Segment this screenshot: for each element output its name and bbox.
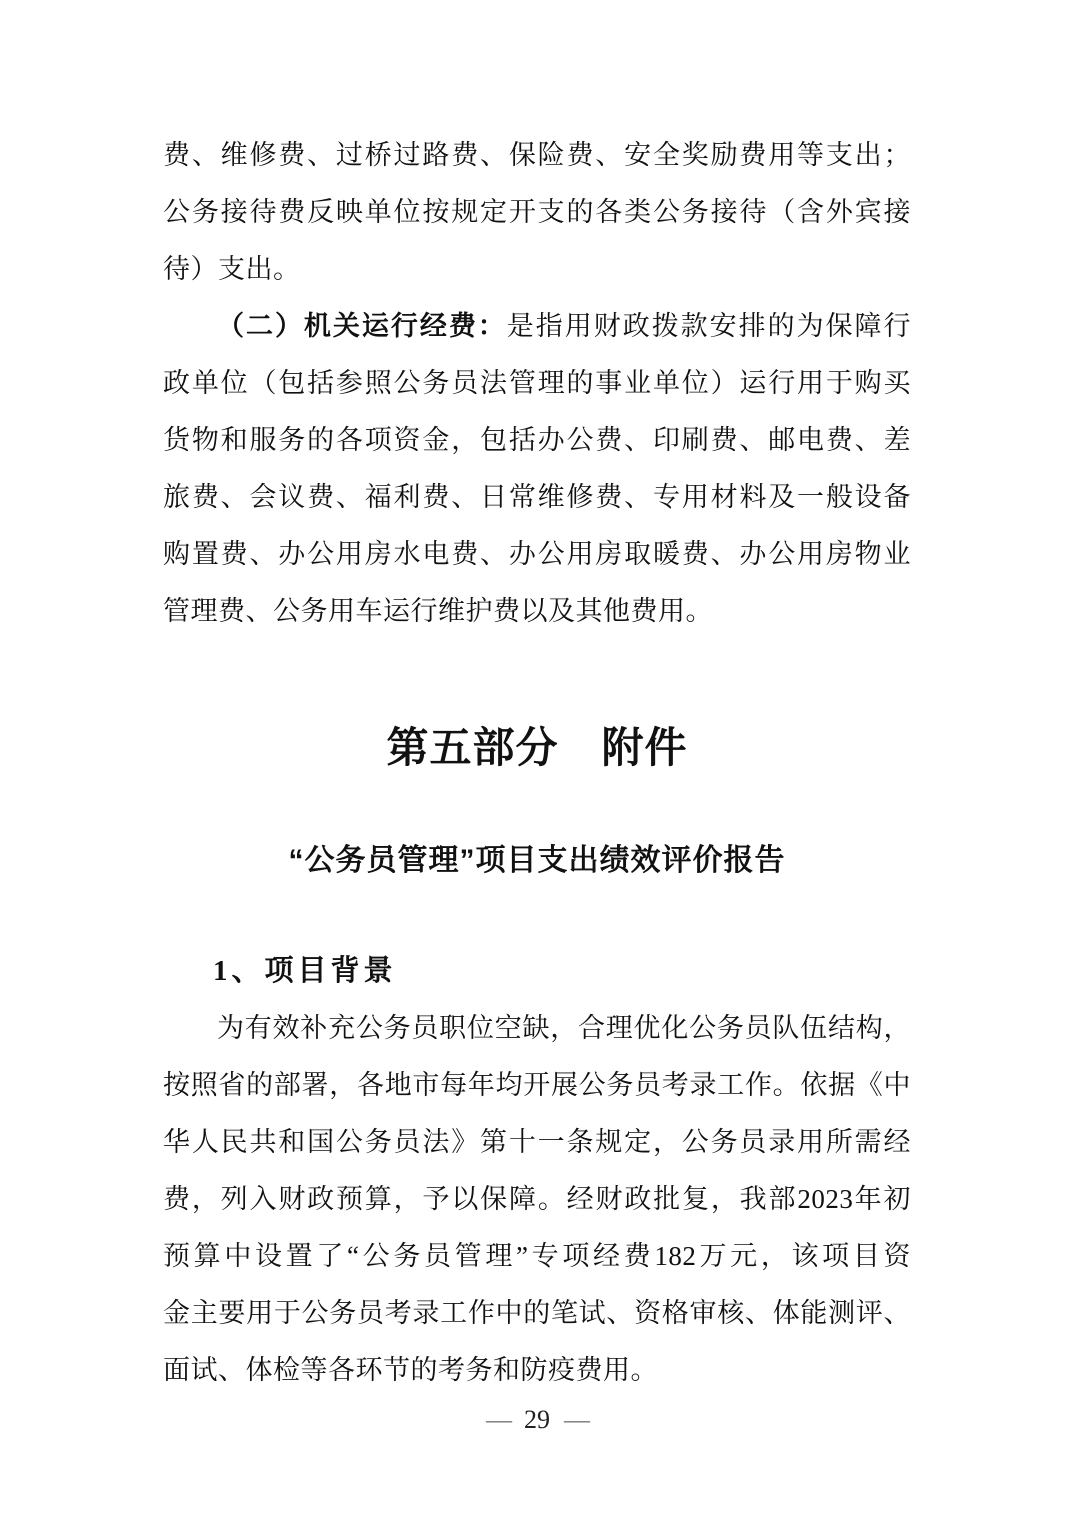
document-content: 费、维修费、过桥过路费、保险费、安全奖励费用等支出； 公务接待费反映单位按规定开…	[163, 127, 911, 1399]
term-definition: 是指用财政拨款安排的为保障行	[507, 311, 911, 341]
text-line: 政单位（包括参照公务员法管理的事业单位）运行用于购买	[163, 355, 911, 412]
page-footer: —29—	[0, 1402, 1074, 1438]
term-label-bold: （二）机关运行经费：	[217, 311, 507, 341]
paragraph-travel-expense-continuation: 费、维修费、过桥过路费、保险费、安全奖励费用等支出； 公务接待费反映单位按规定开…	[163, 127, 911, 298]
footer-right-dash: —	[564, 1405, 588, 1434]
text-line: 费、维修费、过桥过路费、保险费、安全奖励费用等支出；	[163, 127, 911, 184]
text-line: 华人民共和国公务员法》第十一条规定，公务员录用所需经	[163, 1114, 911, 1171]
text-line: 金主要用于公务员考录工作中的笔试、资格审核、体能测评、	[163, 1285, 911, 1342]
text-line: 旅费、会议费、福利费、日常维修费、专用材料及一般设备	[163, 469, 911, 526]
text-line: 费，列入财政预算，予以保障。经财政批复，我部2023年初	[163, 1171, 911, 1228]
text-line: 按照省的部署，各地市每年均开展公务员考录工作。依据《中	[163, 1057, 911, 1114]
text-line: （二）机关运行经费：是指用财政拨款安排的为保障行	[163, 298, 911, 355]
text-line: 管理费、公务用车运行维护费以及其他费用。	[163, 583, 911, 640]
text-line: 为有效补充公务员职位空缺，合理优化公务员队伍结构，	[163, 1000, 911, 1057]
part-heading: 第五部分 附件	[163, 716, 911, 782]
text-line: 货物和服务的各项资金，包括办公费、印刷费、邮电费、差	[163, 412, 911, 469]
report-title: “公务员管理”项目支出绩效评价报告	[163, 839, 911, 883]
text-line: 待）支出。	[163, 241, 911, 298]
paragraph-project-background: 为有效补充公务员职位空缺，合理优化公务员队伍结构， 按照省的部署，各地市每年均开…	[163, 1000, 911, 1399]
document-page: 费、维修费、过桥过路费、保险费、安全奖励费用等支出； 公务接待费反映单位按规定开…	[0, 0, 1074, 1520]
text-line: 面试、体检等各环节的考务和防疫费用。	[163, 1342, 911, 1399]
text-line: 预算中设置了“公务员管理”专项经费182万元，该项目资	[163, 1228, 911, 1285]
section-heading-project-background: 1、项目背景	[213, 949, 911, 993]
paragraph-agency-operating-funds: （二）机关运行经费：是指用财政拨款安排的为保障行 政单位（包括参照公务员法管理的…	[163, 298, 911, 640]
page-number: 29	[524, 1405, 550, 1434]
footer-left-dash: —	[486, 1405, 510, 1434]
text-line: 购置费、办公用房水电费、办公用房取暖费、办公用房物业	[163, 526, 911, 583]
text-line: 公务接待费反映单位按规定开支的各类公务接待（含外宾接	[163, 184, 911, 241]
